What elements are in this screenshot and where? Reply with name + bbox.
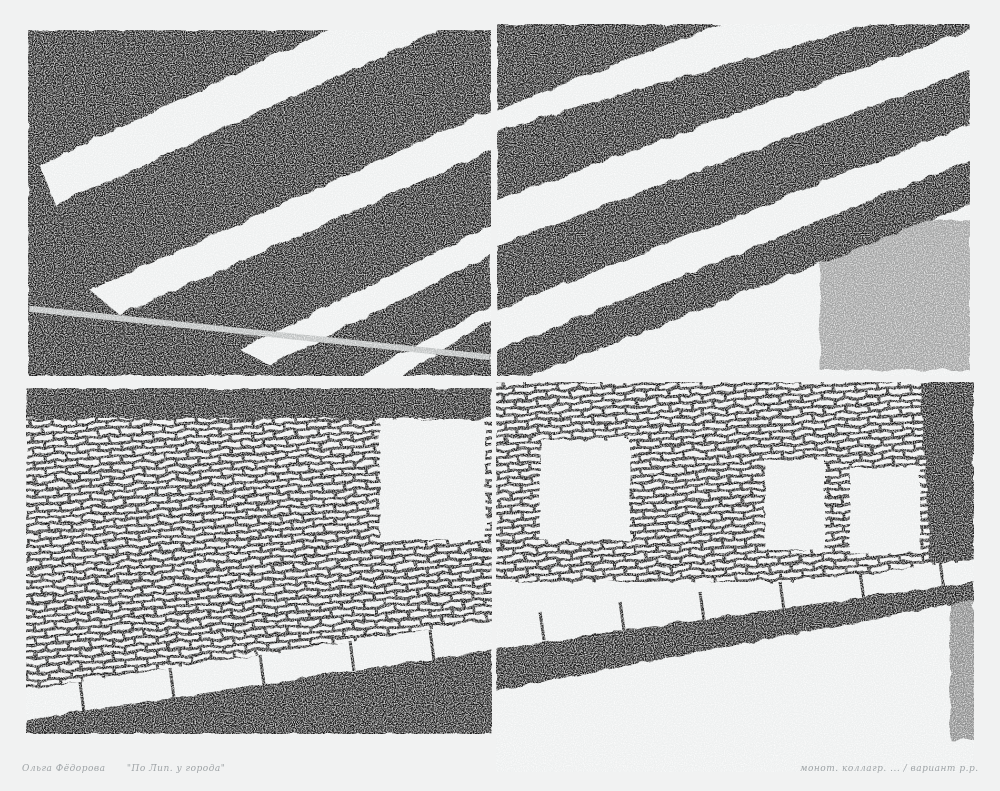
panel-top-right [497,24,970,376]
inscription-artist-title: Ольга Фёдорова "По Лип. у города" [22,764,243,774]
artwork-title: "По Лип. у города" [127,764,226,774]
panel-top-left [28,30,491,376]
panel-bottom-right [496,382,974,772]
artist-name: Ольга Фёдорова [22,764,106,774]
technique-note: монот. коллагр. ... / вариант р.р. [800,764,979,774]
panel-bottom-left [26,388,492,734]
artwork-print [0,0,1000,791]
inscription-technique: монот. коллагр. ... / вариант р.р. [800,764,997,774]
